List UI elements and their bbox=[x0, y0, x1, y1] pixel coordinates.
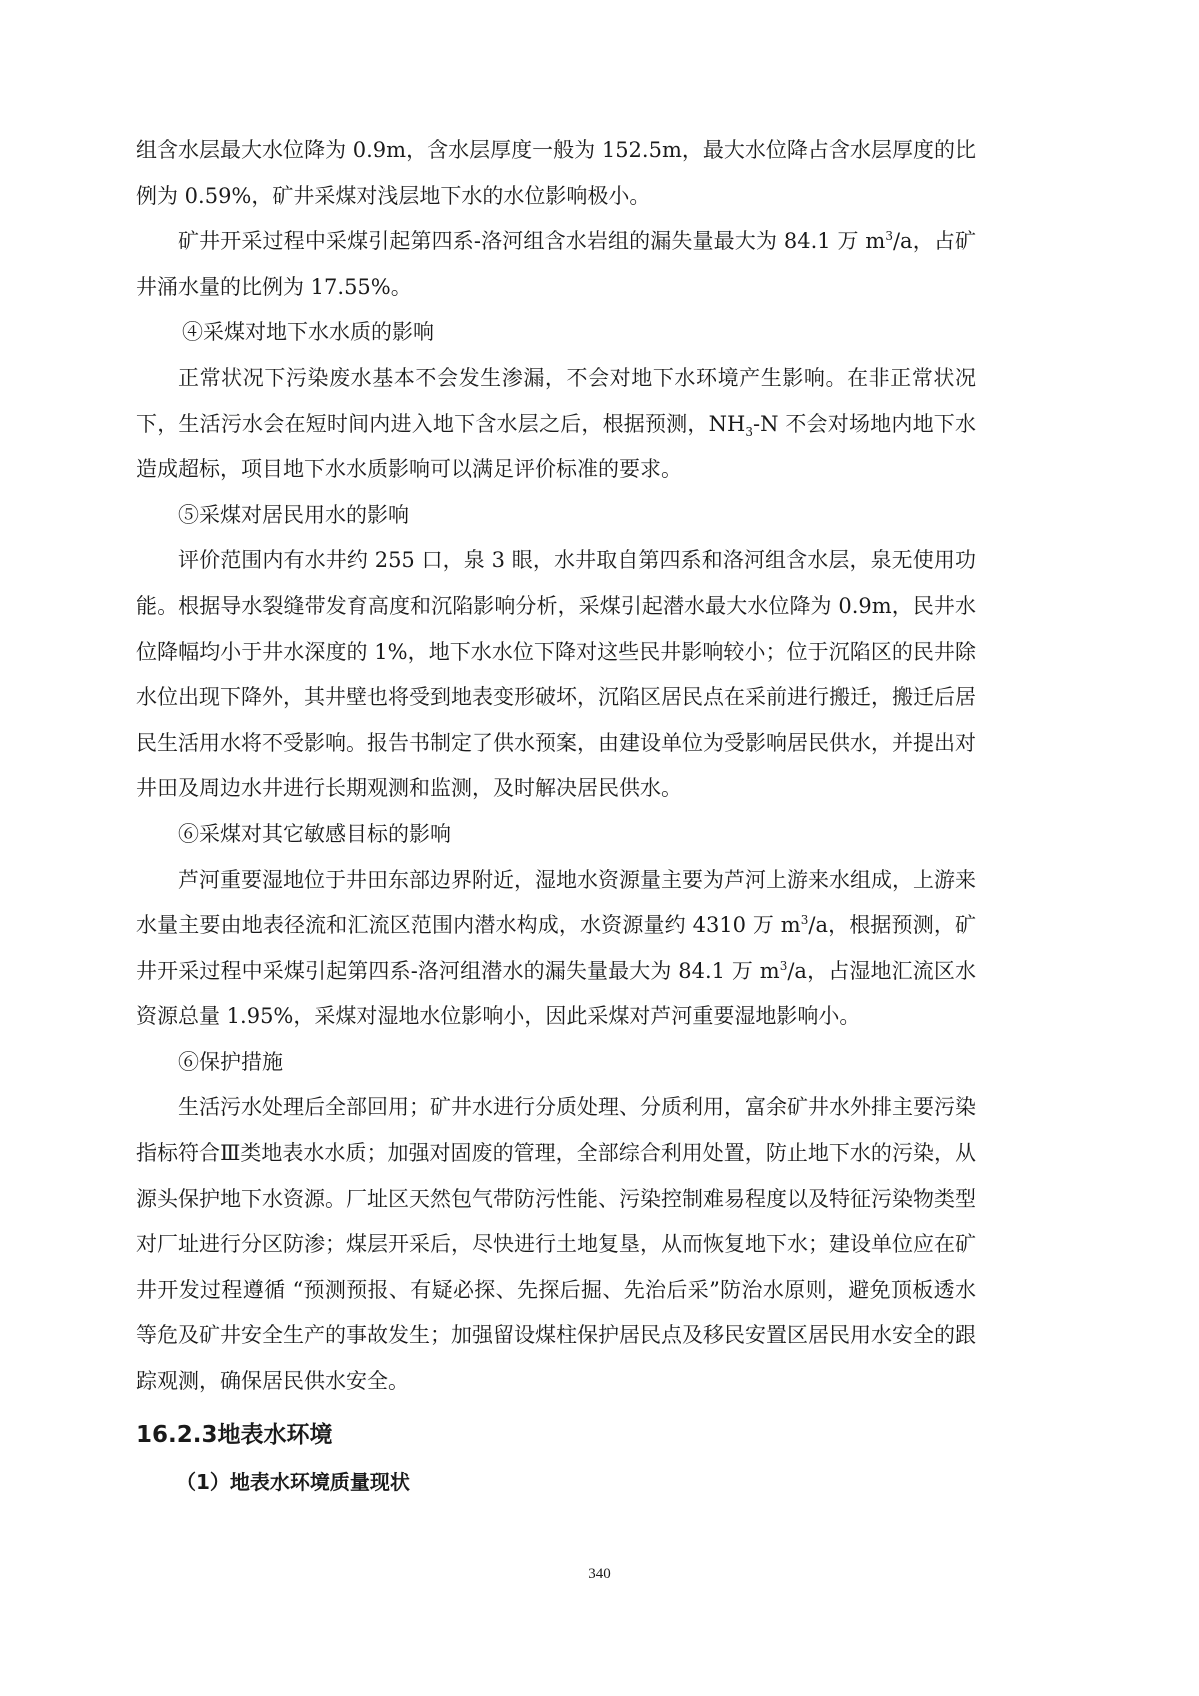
superscript: 3 bbox=[885, 229, 893, 243]
document-page: 组含水层最大水位降为 0.9m，含水层厚度一般为 152.5m，最大水位降占含水… bbox=[136, 128, 976, 1505]
paragraph-wetland: 芦河重要湿地位于井田东部边界附近，湿地水资源量主要为芦河上游来水组成，上游来水量… bbox=[136, 858, 976, 1040]
section-heading: 16.2.3地表水环境 bbox=[136, 1411, 976, 1459]
page-number: 340 bbox=[0, 1566, 1199, 1583]
text: 矿井开采过程中采煤引起第四系-洛河组含水岩组的漏失量最大为 84.1 万 m bbox=[178, 229, 885, 253]
subsection-heading: （1）地表水环境质量现状 bbox=[136, 1459, 976, 1505]
subheading-protection: ⑥保护措施 bbox=[136, 1040, 976, 1086]
subscript: 3 bbox=[745, 425, 753, 439]
paragraph-resident-water: 评价范围内有水井约 255 口，泉 3 眼，水井取自第四系和洛河组含水层，泉无使… bbox=[136, 538, 976, 812]
subheading-sensitive-targets: ⑥采煤对其它敏感目标的影响 bbox=[136, 812, 976, 858]
subheading-water-quality: ④采煤对地下水水质的影响 bbox=[136, 310, 976, 356]
paragraph-protection: 生活污水处理后全部回用；矿井水进行分质处理、分质利用，富余矿井水外排主要污染指标… bbox=[136, 1085, 976, 1404]
subheading-resident-water: ⑤采煤对居民用水的影响 bbox=[136, 493, 976, 539]
paragraph-continued: 组含水层最大水位降为 0.9m，含水层厚度一般为 152.5m，最大水位降占含水… bbox=[136, 128, 976, 219]
paragraph-leakage: 矿井开采过程中采煤引起第四系-洛河组含水岩组的漏失量最大为 84.1 万 m3/… bbox=[136, 219, 976, 310]
paragraph-water-quality: 正常状况下污染废水基本不会发生渗漏，不会对地下水环境产生影响。在非正常状况下，生… bbox=[136, 356, 976, 493]
